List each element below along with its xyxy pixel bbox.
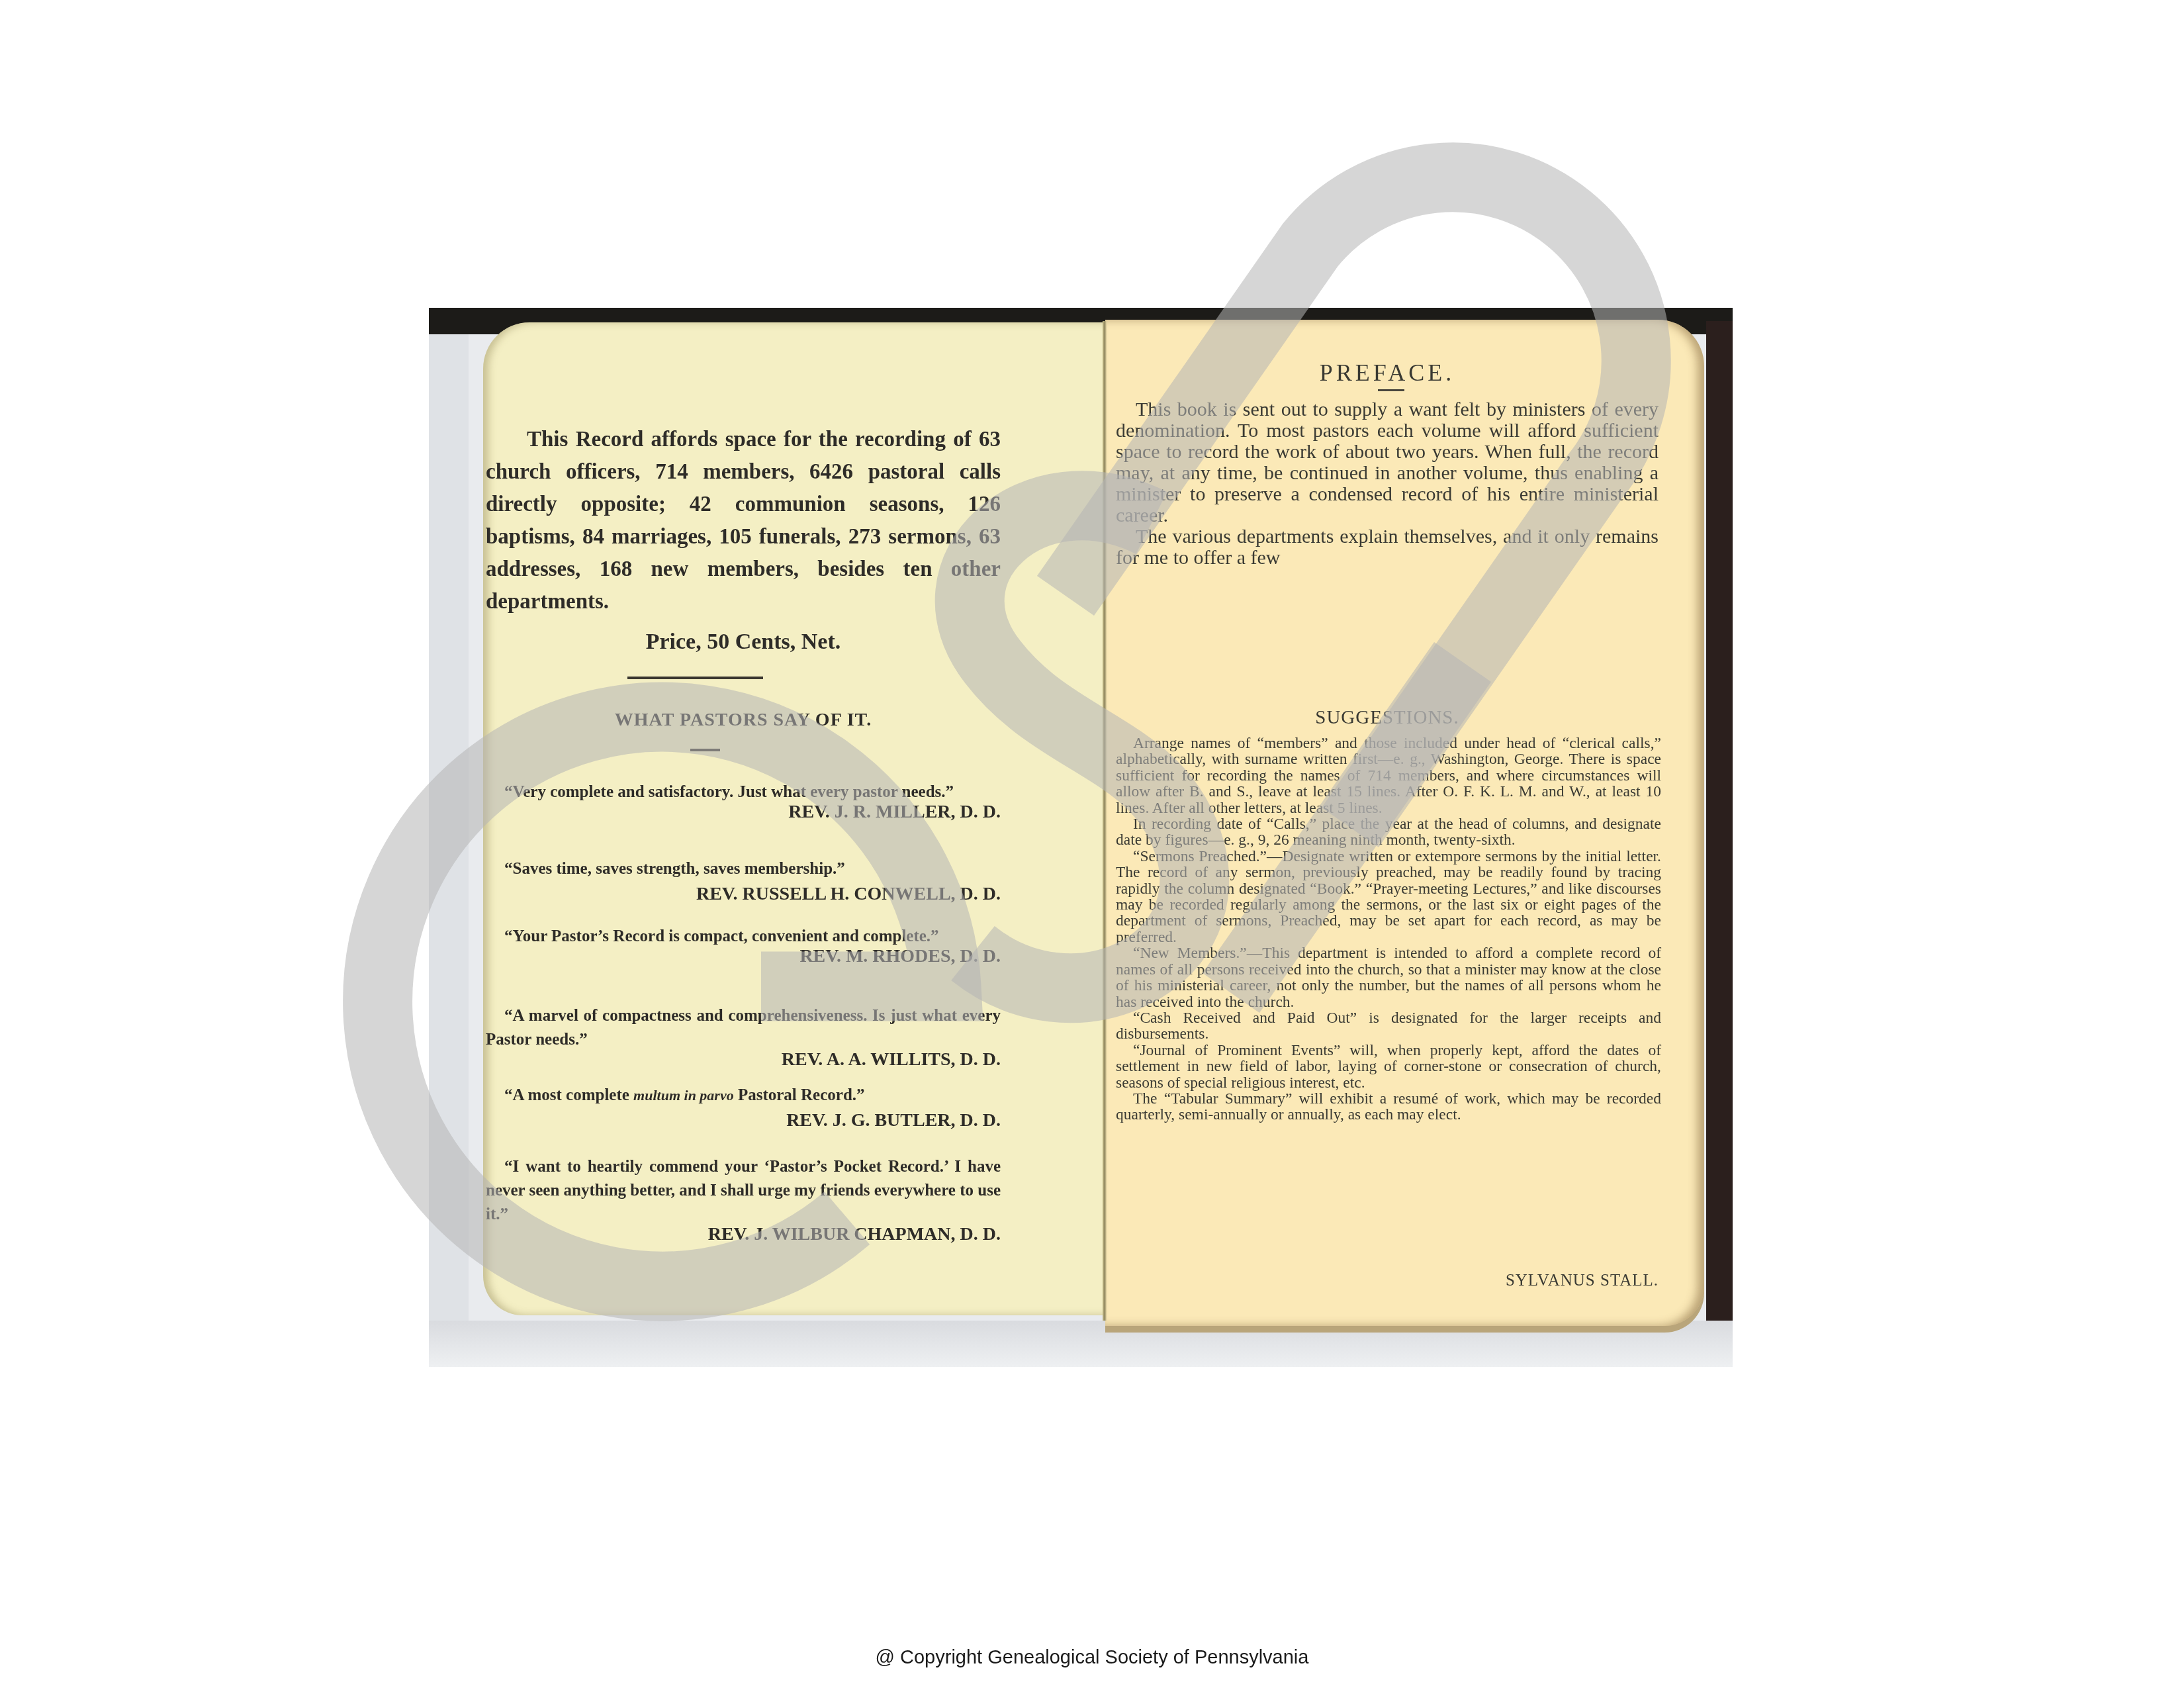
testimonial-author: REV. J. WILBUR CHAPMAN, D. D. bbox=[486, 1223, 1001, 1246]
book-photo: This Record affords space for the record… bbox=[429, 308, 1733, 1367]
divider-rule bbox=[627, 677, 763, 679]
testimonials-heading: WHAT PASTORS SAY OF IT. bbox=[486, 710, 1001, 731]
testimonial: “Your Pastor’s Record is compact, conven… bbox=[486, 925, 1001, 968]
preface-paragraph: The various departments explain themselv… bbox=[1116, 526, 1659, 569]
testimonial-quote: “I want to heartily commend your ‘Pastor… bbox=[486, 1155, 1001, 1227]
book-gutter bbox=[1103, 321, 1107, 1321]
suggestion-paragraph: “New Members.”—This department is intend… bbox=[1116, 945, 1661, 1010]
suggestion-paragraph: The “Tabular Summary” will exhibit a res… bbox=[1116, 1091, 1661, 1123]
testimonial-author: REV. RUSSELL H. CONWELL, D. D. bbox=[486, 882, 1001, 906]
divider-rule-short bbox=[690, 749, 720, 751]
testimonial: “Very complete and satisfactory. Just wh… bbox=[486, 780, 1001, 824]
suggestion-paragraph: “Sermons Preached.”—Designate written or… bbox=[1116, 849, 1661, 945]
suggestion-paragraph: “Journal of Prominent Events” will, when… bbox=[1116, 1043, 1661, 1091]
testimonial-quote: “A marvel of compactness and comprehensi… bbox=[486, 1004, 1001, 1052]
testimonial: “I want to heartily commend your ‘Pastor… bbox=[486, 1155, 1001, 1246]
preface-title: PREFACE. bbox=[1116, 359, 1659, 387]
scan-background-left bbox=[429, 334, 469, 1340]
testimonial-quote: “A most complete multum in parvo Pastora… bbox=[486, 1084, 1001, 1107]
testimonial-author: REV. J. G. BUTLER, D. D. bbox=[486, 1109, 1001, 1133]
book-cover-right-edge bbox=[1706, 321, 1733, 1327]
record-description: This Record affords space for the record… bbox=[486, 424, 1001, 618]
testimonial: “Saves time, saves strength, saves membe… bbox=[486, 857, 1001, 906]
scan-background-bottom bbox=[429, 1321, 1733, 1367]
preface-paragraph: This book is sent out to supply a want f… bbox=[1116, 399, 1659, 526]
testimonial: “A marvel of compactness and comprehensi… bbox=[486, 1004, 1001, 1072]
suggestion-paragraph: “Cash Received and Paid Out” is designat… bbox=[1116, 1010, 1661, 1043]
testimonial-quote: “Saves time, saves strength, saves membe… bbox=[486, 857, 1001, 881]
testimonial: “A most complete multum in parvo Pastora… bbox=[486, 1084, 1001, 1133]
price-line: Price, 50 Cents, Net. bbox=[486, 630, 1001, 655]
suggestions-heading: SUGGESTIONS. bbox=[1116, 707, 1659, 729]
suggestion-paragraph: In recording date of “Calls,” place the … bbox=[1116, 816, 1661, 849]
suggestion-paragraph: Arrange names of “members” and those inc… bbox=[1116, 735, 1661, 816]
divider-rule-short bbox=[1378, 389, 1404, 391]
copyright-footer: @ Copyright Genealogical Society of Penn… bbox=[0, 1647, 2184, 1669]
preface-signature: SYLVANUS STALL. bbox=[1116, 1272, 1659, 1290]
preface-body: This book is sent out to supply a want f… bbox=[1116, 399, 1659, 569]
suggestions-list: Arrange names of “members” and those inc… bbox=[1116, 735, 1661, 1123]
